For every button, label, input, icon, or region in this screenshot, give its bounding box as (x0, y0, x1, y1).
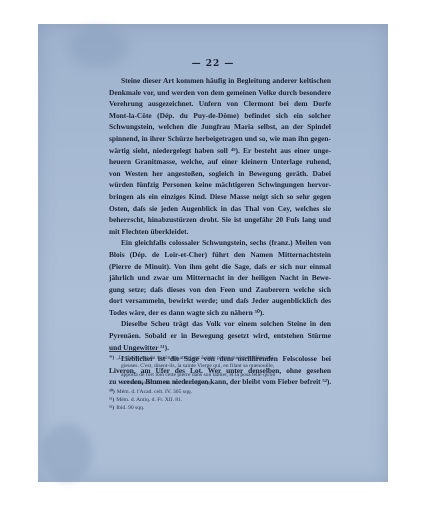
footnote-49: ⁴⁹)„Les habitants du voisinage attachent… (109, 354, 331, 362)
footnote-text: Ibid. 90 sqq. (116, 405, 144, 411)
text-line: wärtig sieht, niedergelegt haben soll ⁴⁹… (109, 145, 331, 157)
footnote-number: ⁵⁰) (109, 389, 115, 395)
footnote-text: „Les habitants du voisinage attachent à … (116, 355, 275, 361)
text-line: Osten, daſs sie jeden Augenblick in das … (109, 203, 331, 215)
text-line: Pyrenäen. Sobald er in Bewegung gesetzt … (109, 330, 331, 342)
text-line: gung setze; daſs dieses von den Feen und… (109, 284, 331, 296)
scanned-page: — 22 — Steine dieser Art kommen häufig i… (38, 24, 388, 482)
footnote-52: ⁵²)Ibid. 90 sqq. (109, 404, 331, 412)
footnote-text: gieuses. C'est, disent-ils, la sainte Vi… (121, 363, 274, 369)
footnote-49-continued: apporta de fort loin cette pierre dans s… (109, 371, 331, 379)
text-line: dort versammeln, bewirkt werde; und daſs… (109, 295, 331, 307)
footnote-51: ⁵¹)Mém. d. Antiq. d. Fr. XII. 81. (109, 396, 331, 404)
footnote-number: ⁵²) (109, 405, 114, 411)
footnote-text: Mém. d. Antiq. d. Fr. XII. 81. (116, 397, 182, 403)
text-line: (Pierre de Minuit). Von ihm geht die Sag… (109, 261, 331, 273)
footnote-text: apporta de fort loin cette pierre dans s… (121, 372, 275, 378)
text-line: mit Flechten überkleidet. (109, 226, 331, 238)
text-line: heuern Granitmasse, welche, auf einer kl… (109, 156, 331, 168)
text-line: Mont-la-Côte (Dép. du Puy-de-Dôme) befin… (109, 110, 331, 122)
text-line: Blois (Dép. de Loir-et-Cher) führt den N… (109, 249, 331, 261)
footnotes: ⁴⁹)„Les habitants du voisinage attachent… (109, 354, 331, 413)
text-line: spinnend, in ihrer Schürze herbeigetrage… (109, 133, 331, 145)
text-line: Verehrung ausgezeichnet. Unfern von Cler… (109, 98, 331, 110)
text-line: von Westen her angestoßen, sogleich in B… (109, 168, 331, 180)
text-line: Dieselbe Scheu trägt das Volk vor einem … (109, 318, 331, 330)
footnote-49-continued: gieuses. C'est, disent-ils, la sainte Vi… (109, 362, 331, 370)
footnote-number: ⁴⁹) (109, 355, 114, 361)
text-line: bringen als ein einziges Kind. Diese Mas… (109, 191, 331, 203)
text-line: Todes wäre, der es dann wagte sich zu nä… (109, 307, 331, 319)
text-line: Denkmale vor, und werden von dem gemeine… (109, 87, 331, 99)
footnote-number: ⁵¹) (109, 397, 114, 403)
text-line: beherrscht, hinabzustürzen droht. Sie is… (109, 214, 331, 226)
text-line: Schwungstein, welchen die Jungfrau Maria… (109, 121, 331, 133)
body-text: Steine dieser Art kommen häufig in Begle… (109, 75, 331, 388)
footnote-50: ⁵⁰)Mém. d. l'Acad. celt. IV. 305 sqq. (109, 388, 331, 396)
text-line: würden fünfzig Personen keine mächtigere… (109, 179, 331, 191)
text-line: Steine dieser Art kommen häufig in Begle… (109, 75, 331, 87)
footnote-rule (109, 351, 161, 352)
footnote-text: Mém. d. l'Acad. celt. IV. 305 sqq. (117, 389, 192, 395)
text-line: Ein gleichfalls colossaler Schwungstein,… (109, 237, 331, 249)
paper-stain (42, 424, 92, 482)
text-line: jährlich und zwar um Mitternacht in der … (109, 272, 331, 284)
page-number: — 22 — (38, 59, 388, 69)
footnote-49-continued: la voit aujourd'hui etc. etc.“ L. c. 85 … (109, 379, 331, 387)
footnote-text: la voit aujourd'hui etc. etc.“ L. c. 85 … (121, 380, 212, 386)
